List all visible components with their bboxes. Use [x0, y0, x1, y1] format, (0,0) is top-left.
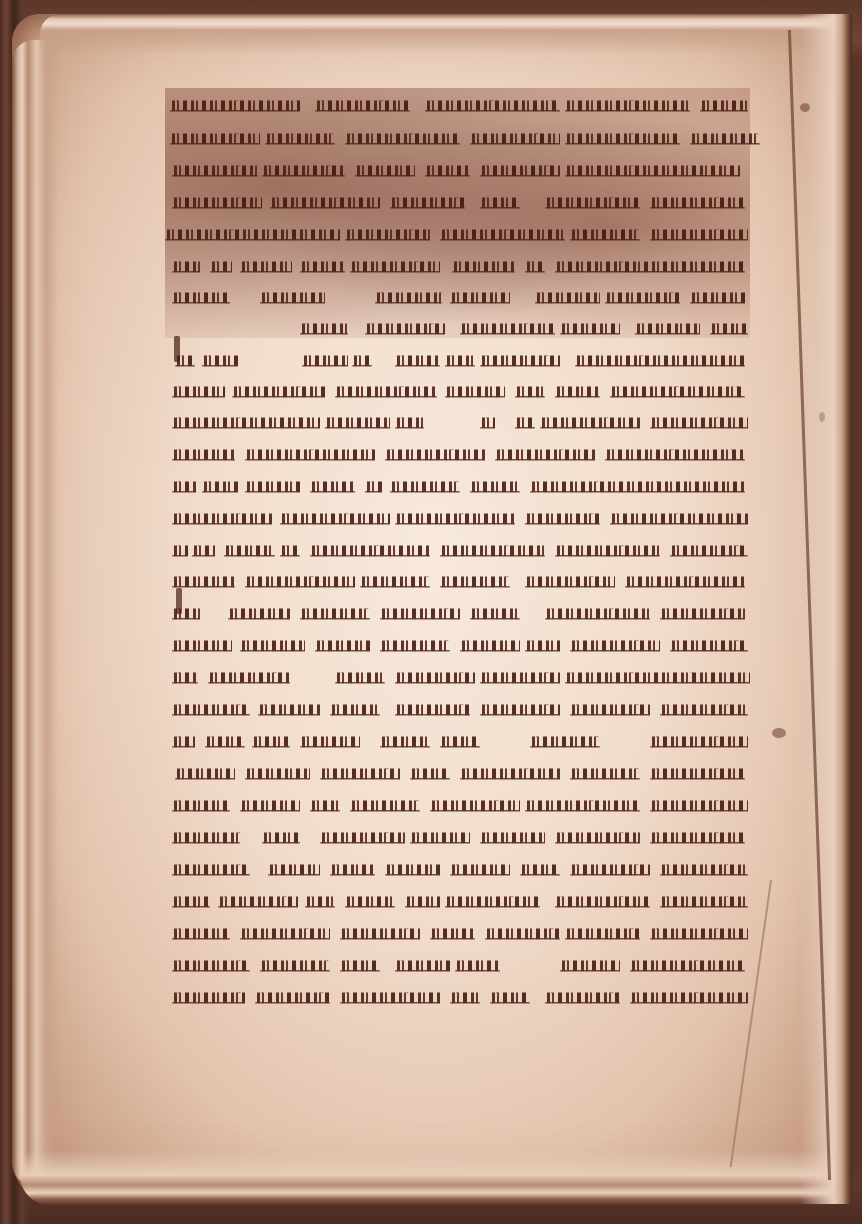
script-word: [565, 160, 740, 182]
script-word: [555, 256, 745, 278]
script-word: [565, 128, 680, 150]
script-word: [280, 540, 300, 562]
manuscript-line: [0, 731, 862, 753]
script-word: [650, 731, 748, 753]
script-word: [480, 192, 520, 214]
script-word: [405, 891, 440, 913]
script-word: [172, 955, 250, 977]
script-word: [240, 923, 330, 945]
manuscript-line: [0, 795, 862, 817]
script-word: [660, 859, 748, 881]
manuscript-line: [0, 699, 862, 721]
script-word: [172, 731, 195, 753]
script-word: [560, 318, 620, 340]
script-word: [320, 763, 400, 785]
script-word: [172, 667, 198, 689]
script-word: [480, 412, 495, 434]
script-word: [350, 795, 420, 817]
script-word: [460, 635, 520, 657]
script-word: [480, 160, 560, 182]
script-word: [224, 540, 275, 562]
script-word: [440, 571, 510, 593]
script-word: [172, 540, 188, 562]
script-word: [315, 95, 410, 117]
script-word: [245, 763, 310, 785]
script-word: [525, 635, 560, 657]
script-word: [455, 955, 500, 977]
script-word: [650, 923, 748, 945]
script-word: [460, 763, 560, 785]
script-word: [525, 256, 545, 278]
script-word: [172, 476, 196, 498]
script-word: [385, 859, 440, 881]
script-word: [310, 476, 355, 498]
script-word: [525, 795, 640, 817]
script-word: [360, 571, 430, 593]
script-word: [570, 763, 640, 785]
script-word: [690, 287, 745, 309]
script-word: [300, 603, 370, 625]
script-word: [172, 412, 320, 434]
script-word: [390, 476, 460, 498]
script-word: [430, 795, 520, 817]
script-word: [172, 381, 225, 403]
script-word: [170, 95, 300, 117]
script-word: [395, 955, 450, 977]
script-word: [425, 95, 560, 117]
script-word: [205, 731, 245, 753]
script-word: [172, 603, 200, 625]
script-word: [172, 508, 272, 530]
script-word: [208, 667, 290, 689]
script-word: [470, 128, 560, 150]
script-word: [210, 256, 232, 278]
script-word: [470, 603, 520, 625]
manuscript-line: [0, 444, 862, 466]
script-word: [565, 923, 640, 945]
manuscript-line: [0, 350, 862, 372]
manuscript-line: [0, 667, 862, 689]
script-word: [440, 731, 480, 753]
script-word: [365, 476, 382, 498]
script-word: [265, 128, 335, 150]
script-word: [202, 350, 238, 372]
script-word: [170, 128, 260, 150]
script-word: [650, 827, 745, 849]
script-word: [410, 763, 450, 785]
script-word: [560, 955, 620, 977]
script-word: [268, 859, 320, 881]
script-word: [252, 731, 290, 753]
script-word: [280, 508, 390, 530]
script-word: [545, 603, 650, 625]
script-word: [535, 287, 600, 309]
script-word: [320, 827, 405, 849]
script-word: [515, 412, 535, 434]
script-word: [630, 955, 745, 977]
script-word: [480, 350, 560, 372]
script-word: [172, 795, 230, 817]
manuscript-line: [0, 224, 862, 246]
script-word: [302, 350, 348, 372]
script-word: [440, 540, 545, 562]
script-word: [710, 318, 748, 340]
script-word: [690, 128, 760, 150]
script-word: [520, 859, 560, 881]
script-word: [570, 859, 650, 881]
script-word: [172, 923, 230, 945]
manuscript-line: [0, 923, 862, 945]
script-word: [245, 571, 355, 593]
script-word: [192, 540, 215, 562]
script-word: [172, 827, 240, 849]
manuscript-line: [0, 891, 862, 913]
script-word: [325, 412, 390, 434]
script-word: [555, 891, 650, 913]
script-word: [530, 476, 745, 498]
script-word: [340, 923, 420, 945]
manuscript-line: [0, 95, 862, 117]
script-word: [172, 891, 210, 913]
script-word: [555, 827, 640, 849]
script-word: [345, 128, 460, 150]
script-word: [175, 350, 195, 372]
manuscript-line: [0, 128, 862, 150]
script-word: [340, 955, 380, 977]
script-word: [395, 508, 515, 530]
script-word: [540, 412, 640, 434]
script-word: [172, 635, 232, 657]
script-word: [240, 795, 300, 817]
script-word: [555, 381, 600, 403]
script-word: [575, 350, 745, 372]
manuscript-line: [0, 540, 862, 562]
script-word: [335, 381, 437, 403]
script-word: [445, 891, 540, 913]
script-word: [660, 699, 748, 721]
script-word: [260, 955, 330, 977]
script-word: [460, 318, 555, 340]
script-word: [670, 540, 748, 562]
script-word: [258, 699, 320, 721]
script-word: [635, 318, 700, 340]
script-word: [262, 827, 300, 849]
manuscript-line: [0, 635, 862, 657]
script-word: [218, 891, 298, 913]
script-word: [350, 256, 440, 278]
script-word: [300, 731, 360, 753]
script-word: [525, 508, 600, 530]
manuscript-line: [0, 381, 862, 403]
script-word: [625, 571, 745, 593]
manuscript-line: [0, 476, 862, 498]
script-word: [480, 827, 545, 849]
script-word: [310, 795, 340, 817]
script-word: [395, 699, 470, 721]
script-word: [330, 699, 380, 721]
script-word: [670, 635, 748, 657]
script-word: [310, 540, 430, 562]
script-word: [240, 635, 305, 657]
manuscript-line: [0, 287, 862, 309]
script-word: [175, 763, 235, 785]
script-word: [480, 699, 560, 721]
script-word: [425, 160, 470, 182]
script-word: [395, 667, 475, 689]
script-word: [385, 444, 485, 466]
photo-frame: [0, 0, 862, 1224]
script-word: [232, 381, 325, 403]
script-word: [172, 160, 258, 182]
manuscript-line: [0, 192, 862, 214]
script-word: [660, 603, 745, 625]
script-word: [262, 160, 345, 182]
script-word: [330, 859, 375, 881]
script-word: [650, 795, 748, 817]
script-word: [172, 859, 250, 881]
manuscript-line: [0, 955, 862, 977]
script-word: [450, 859, 510, 881]
script-word: [345, 891, 395, 913]
script-word: [380, 731, 430, 753]
script-word: [530, 731, 600, 753]
script-word: [390, 192, 465, 214]
script-word: [440, 224, 565, 246]
script-word: [345, 224, 430, 246]
script-word: [365, 318, 445, 340]
script-word: [445, 381, 505, 403]
script-word: [565, 667, 750, 689]
script-word: [380, 635, 450, 657]
manuscript-line: [0, 160, 862, 182]
script-word: [565, 95, 690, 117]
script-word: [172, 192, 262, 214]
script-word: [495, 444, 595, 466]
manuscript-text-column: [0, 0, 862, 1224]
script-word: [610, 381, 745, 403]
script-word: [172, 444, 235, 466]
script-word: [570, 635, 660, 657]
script-word: [525, 571, 615, 593]
script-word: [270, 192, 380, 214]
script-word: [172, 571, 235, 593]
script-word: [260, 287, 325, 309]
manuscript-line: [0, 318, 862, 340]
script-word: [470, 476, 520, 498]
script-word: [335, 667, 385, 689]
script-word: [555, 540, 660, 562]
manuscript-line: [0, 256, 862, 278]
script-word: [650, 192, 745, 214]
script-word: [300, 256, 345, 278]
script-word: [650, 224, 748, 246]
manuscript-line: [0, 827, 862, 849]
script-word: [202, 476, 238, 498]
manuscript-line: [0, 508, 862, 530]
manuscript-line: [0, 571, 862, 593]
script-word: [605, 287, 680, 309]
script-word: [485, 923, 560, 945]
manuscript-line: [0, 603, 862, 625]
script-word: [515, 381, 545, 403]
script-word: [300, 318, 348, 340]
script-word: [172, 699, 250, 721]
script-word: [480, 667, 560, 689]
script-word: [395, 350, 440, 372]
script-word: [450, 287, 510, 309]
script-word: [445, 350, 475, 372]
script-word: [165, 224, 340, 246]
script-word: [570, 699, 650, 721]
script-word: [305, 891, 335, 913]
manuscript-line: [0, 412, 862, 434]
manuscript-line: [0, 859, 862, 881]
script-word: [660, 891, 748, 913]
script-word: [375, 287, 442, 309]
script-word: [430, 923, 475, 945]
script-word: [315, 635, 370, 657]
script-word: [605, 444, 745, 466]
script-word: [410, 827, 470, 849]
script-word: [245, 444, 375, 466]
script-word: [240, 256, 292, 278]
script-word: [355, 160, 415, 182]
script-word: [650, 412, 748, 434]
script-word: [452, 256, 515, 278]
script-word: [172, 287, 230, 309]
manuscript-line: [0, 763, 862, 785]
script-word: [570, 224, 640, 246]
script-word: [395, 412, 424, 434]
script-word: [228, 603, 290, 625]
script-word: [650, 763, 745, 785]
script-word: [352, 350, 372, 372]
script-word: [380, 603, 460, 625]
script-word: [610, 508, 748, 530]
script-word: [245, 476, 300, 498]
manuscript-line: [0, 1000, 862, 1022]
script-word: [700, 95, 748, 117]
script-word: [172, 256, 200, 278]
script-word: [545, 192, 640, 214]
